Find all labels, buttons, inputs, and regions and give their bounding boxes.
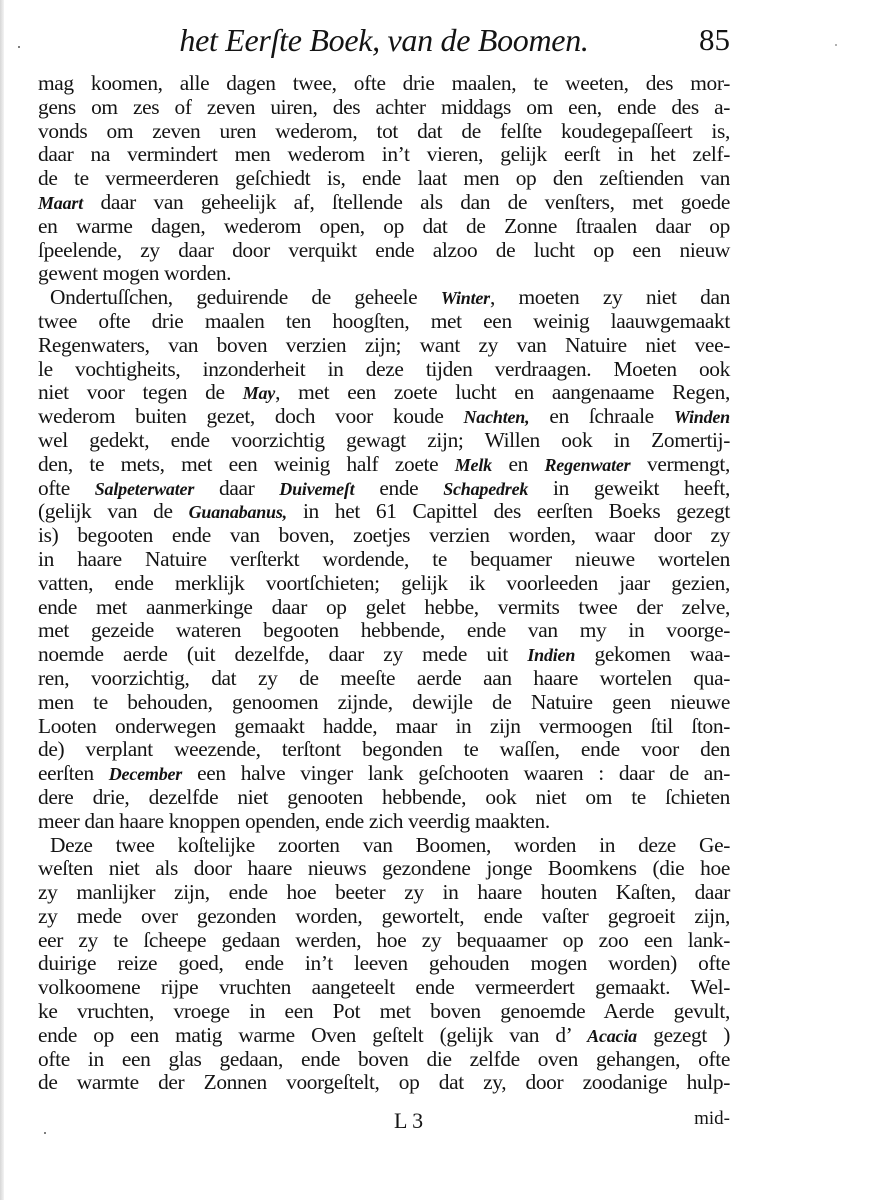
text-line: Deze twee koſtelijke zoorten van Boomen,… — [38, 834, 730, 858]
text-line: de warmte der Zonnen voorgeſtelt, op dat… — [38, 1071, 730, 1095]
text-segment: ofte — [38, 476, 95, 500]
text-segment: ren, voorzichtig, dat zy de meeſte aerde… — [38, 666, 730, 690]
scan-speck — [18, 46, 20, 48]
text-segment: vatten, ende merklijk voortſchieten; gel… — [38, 571, 730, 595]
text-line: duirige reize goed, ende in’t leeven geh… — [38, 952, 730, 976]
text-line: wel gedekt, ende voorzichtig gewagt zijn… — [38, 429, 730, 453]
scan-speck — [835, 44, 837, 46]
italic-term: Regenwater — [544, 455, 630, 475]
italic-term: Nachten, — [464, 407, 530, 427]
text-segment: en warme dagen, wederom open, op dat de … — [38, 214, 730, 238]
text-line: is) begooten ende van boven, zoetjes ver… — [38, 524, 730, 548]
italic-term: Indien — [527, 645, 575, 665]
italic-term: Guanabanus, — [189, 502, 287, 522]
italic-term: Winter — [441, 288, 490, 308]
text-segment: gezegt ) — [637, 1023, 730, 1047]
page-number: 85 — [699, 22, 730, 58]
italic-term: Schapedrek — [443, 479, 528, 499]
printer-signature: L 3 — [394, 1108, 423, 1134]
text-segment: daar — [194, 476, 279, 500]
text-line: noemde aerde (uit dezelfde, daar zy mede… — [38, 643, 730, 667]
italic-term: Duivemeſt — [279, 479, 354, 499]
text-segment: mag koomen, alle dagen twee, ofte drie m… — [38, 71, 730, 95]
text-line: Maart daar van geheelijk af, ſtellende a… — [38, 191, 730, 215]
text-line: ofte in een glas gedaan, ende boven die … — [38, 1048, 730, 1072]
text-segment: daar van geheelijk af, ſtellende als dan… — [83, 190, 730, 214]
text-line: ende met aanmerkinge daar op gelet hebbe… — [38, 596, 730, 620]
text-segment: Deze twee koſtelijke zoorten van Boomen,… — [50, 833, 730, 857]
text-segment: met gezeide wateren begooten hebbende, e… — [38, 618, 730, 642]
text-line: le vochtigheits, inzonderheit in deze ti… — [38, 358, 730, 382]
text-line: niet voor tegen de May, met een zoete lu… — [38, 381, 730, 405]
text-line: volkoomene rijpe vruchten aangeteelt end… — [38, 976, 730, 1000]
text-line: de) verplant weezende, terſtont begonden… — [38, 738, 730, 762]
text-line: mag koomen, alle dagen twee, ofte drie m… — [38, 72, 730, 96]
text-segment: gekomen waa- — [575, 642, 730, 666]
text-segment: en ſchraale — [529, 404, 673, 428]
text-segment: , met een zoete lucht en aangenaame Rege… — [275, 380, 730, 404]
text-segment: dere drie, dezelfde niet genooten hebben… — [38, 785, 730, 809]
text-segment: le vochtigheits, inzonderheit in deze ti… — [38, 357, 730, 381]
text-segment: ende op een matig warme Oven geſtelt (ge… — [38, 1023, 587, 1047]
text-line: zy manlijker zijn, ende hoe beeter zy in… — [38, 881, 730, 905]
text-line: met gezeide wateren begooten hebbende, e… — [38, 619, 730, 643]
text-line: ren, voorzichtig, dat zy de meeſte aerde… — [38, 667, 730, 691]
text-segment: wederom buiten gezet, doch voor koude — [38, 404, 464, 428]
text-segment: gewent mogen worden. — [38, 261, 231, 285]
text-line: vatten, ende merklijk voortſchieten; gel… — [38, 572, 730, 596]
text-line: twee ofte drie maalen ten hoogſten, met … — [38, 310, 730, 334]
text-line: Looten onderwegen gemaakt hadde, maar in… — [38, 715, 730, 739]
text-segment: , moeten zy niet dan — [490, 285, 730, 309]
text-segment: meer dan haare knoppen openden, ende zic… — [38, 809, 550, 833]
text-segment: in geweikt heeft, — [528, 476, 730, 500]
text-line: dere drie, dezelfde niet genooten hebben… — [38, 786, 730, 810]
running-title: het Eerſte Boek, van de Boomen. — [38, 22, 730, 59]
text-segment: duirige reize goed, ende in’t leeven geh… — [38, 951, 730, 975]
text-line: daar na vermindert men wederom in’t vier… — [38, 143, 730, 167]
text-segment: daar na vermindert men wederom in’t vier… — [38, 142, 730, 166]
text-line: vonds om zeven uren wederom, tot dat de … — [38, 120, 730, 144]
text-line: Regenwaters, van boven verzien zijn; wan… — [38, 334, 730, 358]
text-line: zy mede over gezonden worden, gewortelt,… — [38, 905, 730, 929]
text-segment: ofte in een glas gedaan, ende boven die … — [38, 1047, 730, 1071]
text-segment: zy manlijker zijn, ende hoe beeter zy in… — [38, 880, 730, 904]
text-segment: ſpeelende, zy daar door verquikt ende al… — [38, 238, 730, 262]
body-text: mag koomen, alle dagen twee, ofte drie m… — [38, 72, 730, 1095]
text-line: (gelijk van de Guanabanus, in het 61 Cap… — [38, 500, 730, 524]
text-segment: in het 61 Capittel des eerſten Boeks gez… — [287, 499, 730, 523]
text-segment: weſten niet als door haare nieuws gezond… — [38, 856, 730, 880]
text-segment: eerſten — [38, 761, 109, 785]
italic-term: December — [109, 764, 182, 784]
text-segment: gens om zes of zeven uiren, des achter m… — [38, 95, 730, 119]
text-segment: is) begooten ende van boven, zoetjes ver… — [38, 523, 730, 547]
text-line: men te behouden, genoomen zijnde, dewijl… — [38, 691, 730, 715]
italic-term: May — [243, 383, 275, 403]
text-segment: zy mede over gezonden worden, gewortelt,… — [38, 904, 730, 928]
text-segment: vonds om zeven uren wederom, tot dat de … — [38, 119, 730, 143]
text-segment: twee ofte drie maalen ten hoogſten, met … — [38, 309, 730, 333]
text-segment: de warmte der Zonnen voorgeſtelt, op dat… — [38, 1070, 730, 1094]
text-segment: men te behouden, genoomen zijnde, dewijl… — [38, 690, 730, 714]
text-segment: de) verplant weezende, terſtont begonden… — [38, 737, 730, 761]
text-line: weſten niet als door haare nieuws gezond… — [38, 857, 730, 881]
text-line: eer zy te ſcheepe gedaan werden, hoe zy … — [38, 929, 730, 953]
text-line: wederom buiten gezet, doch voor koude Na… — [38, 405, 730, 429]
text-segment: Regenwaters, van boven verzien zijn; wan… — [38, 333, 730, 357]
text-segment: vermengt, — [630, 452, 730, 476]
page-footer: L 3 mid- — [38, 1108, 730, 1138]
text-line: gens om zes of zeven uiren, des achter m… — [38, 96, 730, 120]
text-segment: in haare Natuire verſterkt wordende, te … — [38, 547, 730, 571]
italic-term: Acacia — [587, 1026, 637, 1046]
text-segment: ende met aanmerkinge daar op gelet hebbe… — [38, 595, 730, 619]
page-binding-edge — [0, 0, 4, 1200]
text-segment: eer zy te ſcheepe gedaan werden, hoe zy … — [38, 928, 730, 952]
text-segment: ende — [354, 476, 443, 500]
text-line: en warme dagen, wederom open, op dat de … — [38, 215, 730, 239]
text-segment: Ondertuſſchen, geduirende de geheele — [50, 285, 441, 309]
text-line: den, te mets, met een weinig half zoete … — [38, 453, 730, 477]
italic-term: Melk — [455, 455, 492, 475]
text-segment: en — [492, 452, 545, 476]
text-segment: een halve vinger lank geſchooten waaren … — [182, 761, 730, 785]
text-segment: de te vermeerderen geſchiedt is, ende la… — [38, 166, 730, 190]
text-segment: volkoomene rijpe vruchten aangeteelt end… — [38, 975, 730, 999]
text-segment: noemde aerde (uit dezelfde, daar zy mede… — [38, 642, 527, 666]
text-line: ende op een matig warme Oven geſtelt (ge… — [38, 1024, 730, 1048]
text-line: meer dan haare knoppen openden, ende zic… — [38, 810, 730, 834]
text-line: ofte Salpeterwater daar Duivemeſt ende S… — [38, 477, 730, 501]
text-segment: den, te mets, met een weinig half zoete — [38, 452, 455, 476]
italic-term: Maart — [38, 193, 83, 213]
text-line: gewent mogen worden. — [38, 262, 730, 286]
text-line: de te vermeerderen geſchiedt is, ende la… — [38, 167, 730, 191]
italic-term: Salpeterwater — [95, 479, 194, 499]
text-line: ſpeelende, zy daar door verquikt ende al… — [38, 239, 730, 263]
page-header: het Eerſte Boek, van de Boomen. 85 — [38, 22, 730, 64]
text-line: in haare Natuire verſterkt wordende, te … — [38, 548, 730, 572]
italic-term: Winden — [674, 407, 730, 427]
text-line: Ondertuſſchen, geduirende de geheele Win… — [38, 286, 730, 310]
text-segment: ke vruchten, vroege in een Pot met boven… — [38, 999, 730, 1023]
text-segment: Looten onderwegen gemaakt hadde, maar in… — [38, 714, 730, 738]
text-line: eerſten December een halve vinger lank g… — [38, 762, 730, 786]
text-line: ke vruchten, vroege in een Pot met boven… — [38, 1000, 730, 1024]
text-segment: (gelijk van de — [38, 499, 189, 523]
text-segment: niet voor tegen de — [38, 380, 243, 404]
text-segment: wel gedekt, ende voorzichtig gewagt zijn… — [38, 428, 730, 452]
catchword: mid- — [694, 1108, 730, 1130]
